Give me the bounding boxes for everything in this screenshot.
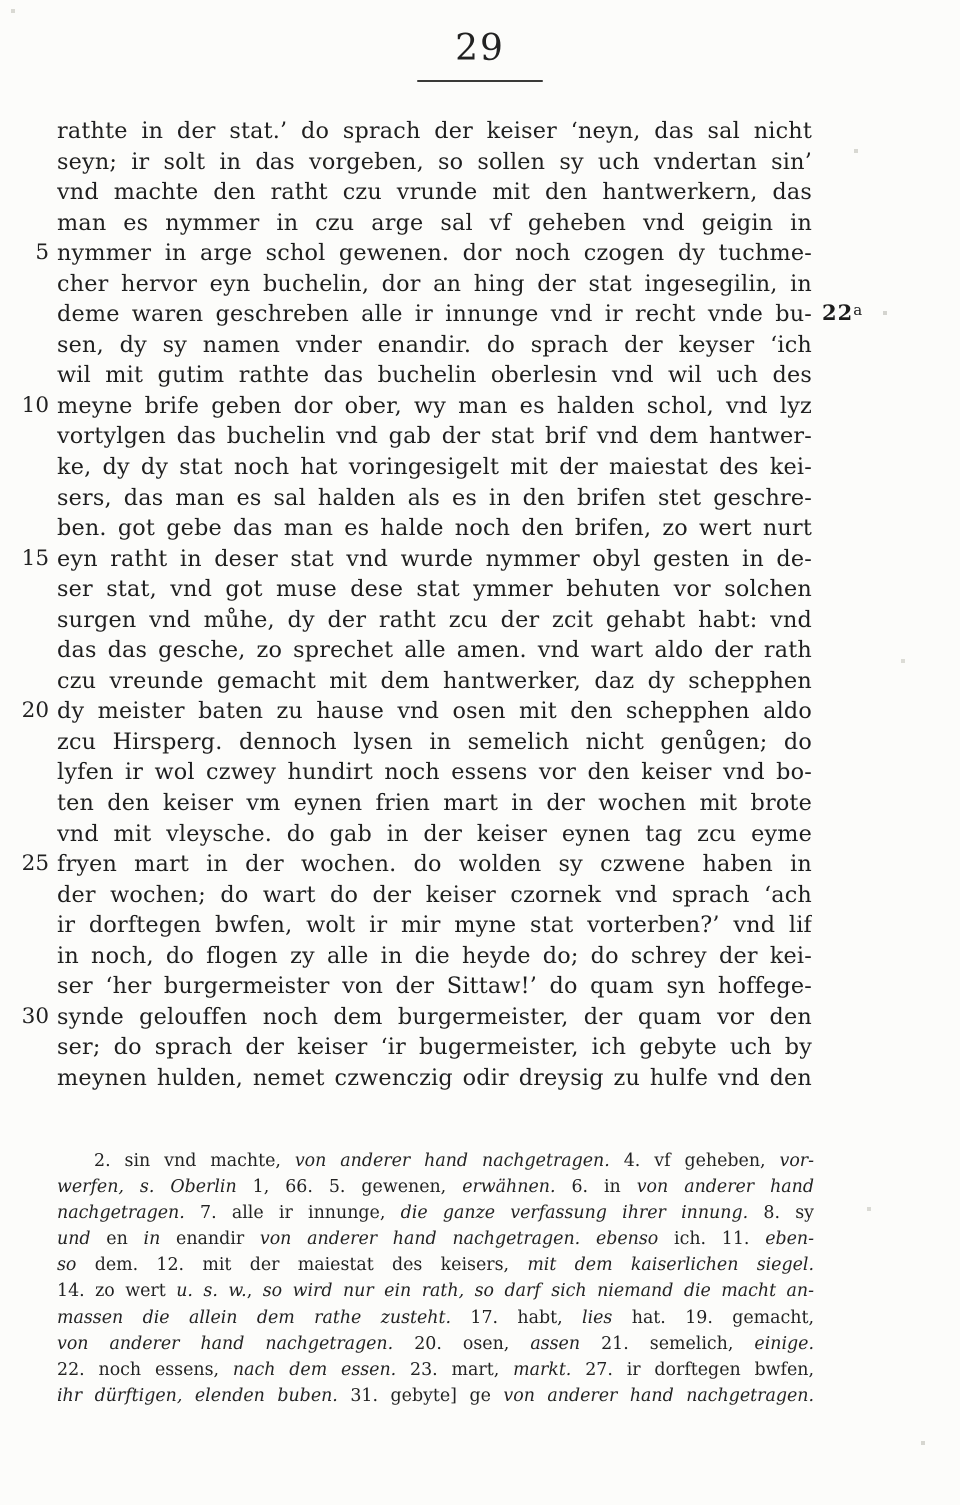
body-line: meyne brife geben dor ober, wy man es ha…	[57, 391, 812, 422]
footnote-text: 11.	[706, 1229, 765, 1249]
footnote-text: 6. in	[555, 1177, 636, 1197]
body-line: ten den keiser vm eynen frien mart in de…	[57, 788, 812, 819]
footnote-line: ihr dürftigen, elenden buben. 31. gebyte…	[57, 1383, 814, 1409]
footnote-text: 21. semelich,	[580, 1334, 754, 1354]
footnote-line: nachgetragen. 7. alle ir innunge, die ga…	[57, 1200, 814, 1226]
footnote-gloss: vor-	[780, 1151, 814, 1171]
body-line: wil mit gutim rathte das buchelin oberle…	[57, 360, 812, 391]
line-number: 15	[13, 544, 49, 575]
footnote-gloss: und	[57, 1229, 91, 1249]
footnote-text: 23. mart,	[396, 1360, 513, 1380]
footnote-gloss: so wird nur ein rath, so darf sich niema…	[263, 1281, 814, 1301]
margin-note-number: 22	[822, 300, 853, 325]
footnote-text: 2. sin vnd machte,	[94, 1151, 295, 1171]
body-line: vnd machte den ratht czu vrunde mit den …	[57, 177, 812, 208]
footnote-gloss: u. s. w.	[176, 1281, 247, 1301]
body-line: eyn ratht in deser stat vnd wurde nymmer…	[57, 544, 812, 575]
footnote-gloss: ebenso	[596, 1229, 658, 1249]
body-block: rathte in der stat.’ do sprach der keise…	[57, 116, 812, 1094]
body-line: vnd mit vleysche. do gab in der keiser e…	[57, 819, 812, 850]
margin-note: 22a	[822, 300, 862, 325]
body-line: sers, das man es sal halden als es in de…	[57, 483, 812, 514]
footnote-gloss: von anderer hand	[637, 1177, 814, 1197]
body-line: vortylgen das buchelin vnd gab der stat …	[57, 421, 812, 452]
line-number: 5	[13, 238, 49, 269]
body-line: meynen hulden, nemet czwenczig odir drey…	[57, 1063, 812, 1094]
footnote-text: 7. alle ir innunge,	[185, 1203, 401, 1223]
body-line: lyfen ir wol czwey hundirt noch essens v…	[57, 757, 812, 788]
footnote-text: en	[91, 1229, 144, 1249]
footnote-line: 22. noch essens, nach dem essen. 23. mar…	[57, 1357, 814, 1383]
body-line: sen, dy sy namen vnder enandir. do sprac…	[57, 330, 812, 361]
footnote-text: 12. mit der maiestat des keisers,	[138, 1255, 527, 1275]
page-number: 29	[0, 28, 960, 69]
line-number: 20	[13, 696, 49, 727]
footnote-text: 17. habt,	[451, 1308, 582, 1328]
line-number: 10	[13, 391, 49, 422]
line-number: 30	[13, 1002, 49, 1033]
body-line: ke, dy dy stat noch hat voringesigelt mi…	[57, 452, 812, 483]
footnote-line: massen die allein dem rathe zusteht. 17.…	[57, 1305, 814, 1331]
line-number: 25	[13, 849, 49, 880]
footnote-text: 22. noch essens,	[57, 1360, 233, 1380]
footnote-text: 19. gemacht,	[666, 1308, 814, 1328]
body-line: czu vreunde gemacht mit dem hantwerker, …	[57, 666, 812, 697]
body-line: cher hervor eyn buchelin, dor an hing de…	[57, 269, 812, 300]
footnote-text: hat.	[612, 1308, 665, 1328]
footnote-gloss: erwähnen.	[462, 1177, 555, 1197]
footnote-gloss: von anderer hand nachgetragen.	[503, 1386, 814, 1406]
paper-specks	[0, 0, 2, 2]
body-line: der wochen; do wart do der keiser czorne…	[57, 880, 812, 911]
footnote-gloss: werfen, s. Oberlin	[57, 1177, 253, 1197]
footnote-line: werfen, s. Oberlin 1, 66. 5. gewenen, er…	[57, 1174, 814, 1200]
footnote-gloss: mit dem kaiserlichen siegel.	[527, 1255, 814, 1275]
footnote-gloss: ihr dürftigen, elenden buben.	[57, 1386, 338, 1406]
footnote-line: 14. zo wert u. s. w., so wird nur ein ra…	[57, 1278, 814, 1304]
body-line: ir dorftegen bwfen, wolt ir mir myne sta…	[57, 910, 812, 941]
footnote-gloss: von anderer hand nachgetragen.	[260, 1229, 580, 1249]
body-line: ben. got gebe das man es halde noch den …	[57, 513, 812, 544]
footnote-gloss: nach dem essen.	[233, 1360, 396, 1380]
body-line: man es nymmer in czu arge sal vf geheben…	[57, 208, 812, 239]
footnote-text: dem.	[76, 1255, 138, 1275]
footnote-gloss: in	[144, 1229, 161, 1249]
footnote-text: ,	[247, 1281, 263, 1301]
scanned-book-page: 29 rathte in der stat.’ do sprach der ke…	[0, 0, 960, 1505]
footnote-text: 14. zo wert	[57, 1281, 176, 1301]
footnote-block: 2. sin vnd machte, von anderer hand nach…	[57, 1148, 814, 1409]
footnote-text: 8. sy	[748, 1203, 814, 1223]
body-line: synde gelouffen noch dem burgermeister, …	[57, 1002, 812, 1033]
footnote-gloss: so	[57, 1255, 76, 1275]
body-line: rathte in der stat.’ do sprach der keise…	[57, 116, 812, 147]
footnote-gloss: lies	[582, 1308, 612, 1328]
footnote-line: von anderer hand nachgetragen. 20. osen,…	[57, 1331, 814, 1357]
footnote-gloss: einige.	[754, 1334, 814, 1354]
body-line: ser stat, vnd got muse dese stat ymmer b…	[57, 574, 812, 605]
page-number-rule	[417, 80, 543, 82]
footnote-gloss: markt.	[513, 1360, 571, 1380]
footnote-line: so dem. 12. mit der maiestat des keisers…	[57, 1252, 814, 1278]
footnote-text: enandir	[160, 1229, 260, 1249]
body-line: zcu Hirsperg. dennoch lysen in semelich …	[57, 727, 812, 758]
footnote-text: 31. gebyte] ge	[338, 1386, 504, 1406]
footnote-line: 2. sin vnd machte, von anderer hand nach…	[57, 1148, 814, 1174]
footnote-gloss: von anderer hand nachgetragen.	[57, 1334, 393, 1354]
body-line: deme waren geschreben alle ir innunge vn…	[57, 299, 812, 330]
footnote-gloss: nachgetragen.	[57, 1203, 185, 1223]
footnote-line: und en in enandir von anderer hand nachg…	[57, 1226, 814, 1252]
body-line: in noch, do flogen zy alle in die heyde …	[57, 941, 812, 972]
body-line: surgen vnd můhe, dy der ratht zcu der zc…	[57, 605, 812, 636]
footnote-gloss: assen	[530, 1334, 580, 1354]
body-line: nymmer in arge schol gewenen. dor noch c…	[57, 238, 812, 269]
margin-note-suffix: a	[853, 301, 862, 319]
footnote-text	[580, 1229, 596, 1249]
footnote-text: 5. gewenen,	[313, 1177, 462, 1197]
body-line: ser ‘her burgermeister von der Sittaw!’ …	[57, 971, 812, 1002]
body-line: dy meister baten zu hause vnd osen mit d…	[57, 696, 812, 727]
footnote-gloss: die ganze verfassung ihrer innung.	[401, 1203, 749, 1223]
footnote-text: 4. vf geheben,	[610, 1151, 780, 1171]
body-line: fryen mart in der wochen. do wolden sy c…	[57, 849, 812, 880]
footnote-text: 27. ir dorftegen bwfen,	[571, 1360, 814, 1380]
body-line: seyn; ir solt in das vorgeben, so sollen…	[57, 147, 812, 178]
footnote-text: 20. osen,	[393, 1334, 530, 1354]
footnote-gloss: von anderer hand nachgetragen.	[295, 1151, 610, 1171]
footnote-text: ich.	[658, 1229, 706, 1249]
body-line: das das gesche, zo sprechet alle amen. v…	[57, 635, 812, 666]
footnote-gloss: eben-	[765, 1229, 814, 1249]
footnote-gloss: massen die allein dem rathe zusteht.	[57, 1308, 451, 1328]
footnote-text: 1, 66.	[253, 1177, 313, 1197]
body-line: ser; do sprach der keiser ‘ir bugermeist…	[57, 1032, 812, 1063]
